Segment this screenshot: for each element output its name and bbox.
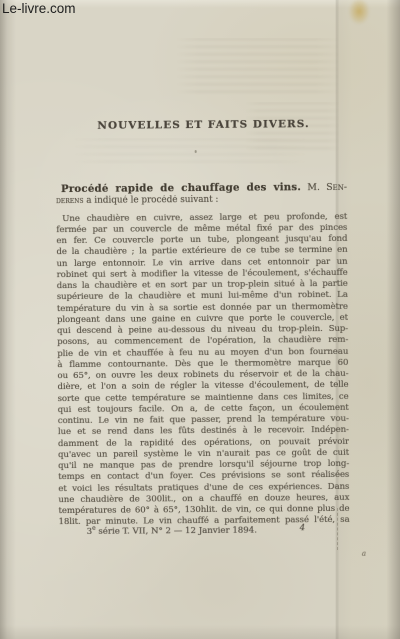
- author-honorific: M.: [307, 182, 320, 193]
- scanned-book-page: Le-livre.com NOUVELLES ET FAITS DIVERS. …: [0, 0, 400, 639]
- article-intro-line: derens a indiqué le procédé suivant :: [56, 193, 347, 207]
- citation-text: série T. VII, N° 2 — 12 Janvier 1894.: [96, 525, 257, 536]
- separator-dot: [195, 150, 197, 153]
- page-number: 4: [300, 523, 306, 533]
- edge-signature-mark: a: [362, 550, 366, 558]
- footer: 3e série T. VII, N° 2 — 12 Janvier 1894.…: [59, 523, 350, 539]
- footer-citation: 3e série T. VII, N° 2 — 12 Janvier 1894.: [87, 524, 257, 537]
- printed-text-layer: NOUVELLES ET FAITS DIVERS. Procédé rapid…: [0, 0, 400, 639]
- article-body: Une chaudière en cuivre, assez large et …: [56, 211, 349, 528]
- section-heading: NOUVELLES ET FAITS DIVERS.: [55, 118, 351, 132]
- article-intro-text: a indiqué le procédé suivant :: [86, 194, 218, 205]
- author-name-part1: Sen-: [326, 182, 347, 193]
- author-name-part2: derens: [56, 195, 84, 205]
